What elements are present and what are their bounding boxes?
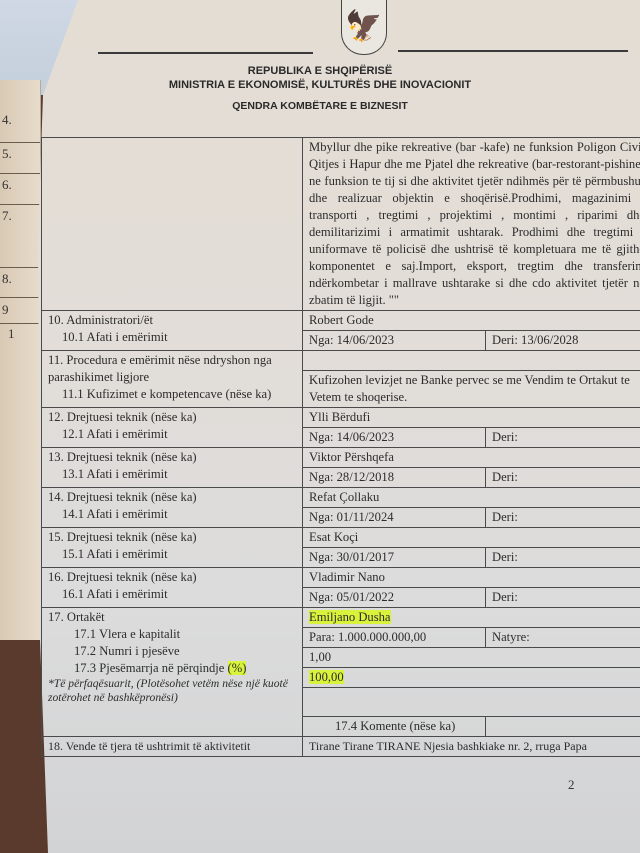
divider xyxy=(0,142,40,143)
represented-value xyxy=(303,688,640,717)
percent-value: 100,00 xyxy=(309,670,344,684)
tech-director-from: Nga: 30/01/2017 xyxy=(303,548,486,568)
percent-value-cell: 100,00 xyxy=(303,668,640,688)
tech-director-to: Deri: xyxy=(486,468,640,488)
tech-director-to: Deri: xyxy=(486,508,640,528)
capital-money: Para: 1.000.000.000,00 xyxy=(303,628,486,648)
admin-to-date: Deri: 13/06/2028 xyxy=(486,331,640,351)
tech-director-row: 16. Drejtuesi teknik (nëse ka) 16.1 Afat… xyxy=(42,568,640,588)
tech-director-row: 12. Drejtuesi teknik (nëse ka) 12.1 Afat… xyxy=(42,408,640,428)
registration-form-table: Mbyllur dhe pike rekreative (bar -kafe) … xyxy=(41,137,640,757)
partners-label: 17. Ortakët xyxy=(48,609,296,626)
percent-label-text: 17.3 Pjesëmarrja në përqindje xyxy=(74,661,228,675)
admin-label-cell: 10. Administratori/ët 10.1 Afati i emëri… xyxy=(42,311,303,351)
procedure-value xyxy=(303,351,640,371)
shares-value: 1,00 xyxy=(303,648,640,668)
tech-director-row: 15. Drejtuesi teknik (nëse ka) 15.1 Afat… xyxy=(42,528,640,548)
tech-director-label-cell: 15. Drejtuesi teknik (nëse ka) 15.1 Afat… xyxy=(42,528,303,568)
tech-director-term-label: 16.1 Afati i emërimit xyxy=(48,586,296,603)
capital-label: 17.1 Vlera e kapitalit xyxy=(48,626,296,643)
object-label-cell xyxy=(42,138,303,311)
other-locations-row: 18. Vende të tjera të ushtrimit të aktiv… xyxy=(42,737,640,757)
tech-director-from: Nga: 05/01/2022 xyxy=(303,588,486,608)
capital-nature: Natyre: xyxy=(486,628,640,648)
underlying-number: 7. xyxy=(2,208,12,224)
partner-name-cell: Emiljano Dusha xyxy=(303,608,640,628)
tech-director-from: Nga: 01/11/2024 xyxy=(303,508,486,528)
represented-note: *Të përfaqësuarit, (Plotësohet vetëm nës… xyxy=(48,677,296,705)
tech-director-label-cell: 13. Drejtuesi teknik (nëse ka) 13.1 Afat… xyxy=(42,448,303,488)
tech-director-term-label: 15.1 Afati i emërimit xyxy=(48,546,296,563)
partner-name: Emiljano Dusha xyxy=(309,610,391,624)
admin-term-label: 10.1 Afati i emërimit xyxy=(48,329,296,346)
underlying-number: 4. xyxy=(2,112,12,128)
tech-director-name: Vladimir Nano xyxy=(303,568,640,588)
object-row: Mbyllur dhe pike rekreative (bar -kafe) … xyxy=(42,138,640,311)
divider xyxy=(0,204,40,205)
header-rule-right xyxy=(398,50,628,52)
albanian-eagle-emblem-icon: 🦅 xyxy=(341,0,387,55)
tech-director-row: 14. Drejtuesi teknik (nëse ka) 14.1 Afat… xyxy=(42,488,640,508)
tech-director-to: Deri: xyxy=(486,428,640,448)
tech-director-term-label: 12.1 Afati i emërimit xyxy=(48,426,296,443)
competence-limit-value: Kufizohen levizjet ne Banke pervec se me… xyxy=(303,371,640,408)
divider xyxy=(0,267,40,268)
tech-director-label-cell: 14. Drejtuesi teknik (nëse ka) 14.1 Afat… xyxy=(42,488,303,528)
comments-label: 17.4 Komente (nëse ka) xyxy=(309,718,479,735)
comments-value xyxy=(486,717,640,737)
underlying-number: 9 xyxy=(2,302,9,318)
admin-row: 10. Administratori/ët 10.1 Afati i emëri… xyxy=(42,311,640,331)
tech-director-name: Viktor Përshqefa xyxy=(303,448,640,468)
other-locations-value: Tirane Tirane TIRANE Njesia bashkiake nr… xyxy=(303,737,640,757)
tech-director-term-label: 14.1 Afati i emërimit xyxy=(48,506,296,523)
partners-label-cell: 17. Ortakët 17.1 Vlera e kapitalit 17.2 … xyxy=(42,608,303,737)
tech-director-label: 13. Drejtuesi teknik (nëse ka) xyxy=(48,449,296,466)
admin-from-date: Nga: 14/06/2023 xyxy=(303,331,486,351)
page-number: 2 xyxy=(568,777,575,793)
tech-director-label: 16. Drejtuesi teknik (nëse ka) xyxy=(48,569,296,586)
tech-director-from: Nga: 14/06/2023 xyxy=(303,428,486,448)
agency-title: QENDRA KOMBËTARE E BIZNESIT xyxy=(0,100,640,112)
percent-label: 17.3 Pjesëmarrja në përqindje (%) xyxy=(48,660,296,677)
divider xyxy=(0,323,40,324)
underlying-number: 1 xyxy=(8,326,15,342)
divider xyxy=(0,173,40,174)
admin-name: Robert Gode xyxy=(303,311,640,331)
procedure-label: 11. Procedura e emërimit nëse ndryshon n… xyxy=(48,352,296,386)
tech-director-from: Nga: 28/12/2018 xyxy=(303,468,486,488)
competence-limit-label: 11.1 Kufizimet e kompetencave (nëse ka) xyxy=(48,386,296,403)
underlying-number: 6. xyxy=(2,177,12,193)
other-locations-label: 18. Vende të tjera të ushtrimit të aktiv… xyxy=(42,737,303,757)
tech-director-row: 13. Drejtuesi teknik (nëse ka) 13.1 Afat… xyxy=(42,448,640,468)
comments-label-cell: 17.4 Komente (nëse ka) xyxy=(303,717,486,737)
tech-director-name: Ylli Bërdufi xyxy=(303,408,640,428)
tech-director-name: Refat Çollaku xyxy=(303,488,640,508)
tech-director-label: 15. Drejtuesi teknik (nëse ka) xyxy=(48,529,296,546)
percent-label-highlight: (%) xyxy=(228,661,247,675)
shares-label: 17.2 Numri i pjesëve xyxy=(48,643,296,660)
admin-label: 10. Administratori/ët xyxy=(48,312,296,329)
partners-row: 17. Ortakët 17.1 Vlera e kapitalit 17.2 … xyxy=(42,608,640,628)
tech-director-label: 14. Drejtuesi teknik (nëse ka) xyxy=(48,489,296,506)
tech-director-name: Esat Koçi xyxy=(303,528,640,548)
tech-director-term-label: 13.1 Afati i emërimit xyxy=(48,466,296,483)
procedure-row: 11. Procedura e emërimit nëse ndryshon n… xyxy=(42,351,640,371)
tech-director-to: Deri: xyxy=(486,548,640,568)
underlying-page: 4. 5. 6. 7. 8. 9 1 xyxy=(0,80,41,640)
procedure-label-cell: 11. Procedura e emërimit nëse ndryshon n… xyxy=(42,351,303,408)
underlying-number: 5. xyxy=(2,146,12,162)
object-description: Mbyllur dhe pike rekreative (bar -kafe) … xyxy=(303,138,640,311)
ministry-title: MINISTRIA E EKONOMISË, KULTURËS DHE INOV… xyxy=(0,79,640,91)
tech-director-to: Deri: xyxy=(486,588,640,608)
tech-director-label: 12. Drejtuesi teknik (nëse ka) xyxy=(48,409,296,426)
divider xyxy=(0,297,40,298)
tech-director-label-cell: 12. Drejtuesi teknik (nëse ka) 12.1 Afat… xyxy=(42,408,303,448)
header-rule-left xyxy=(98,52,313,54)
tech-director-label-cell: 16. Drejtuesi teknik (nëse ka) 16.1 Afat… xyxy=(42,568,303,608)
country-title: REPUBLIKA E SHQIPËRISË xyxy=(0,65,640,77)
underlying-number: 8. xyxy=(2,271,12,287)
